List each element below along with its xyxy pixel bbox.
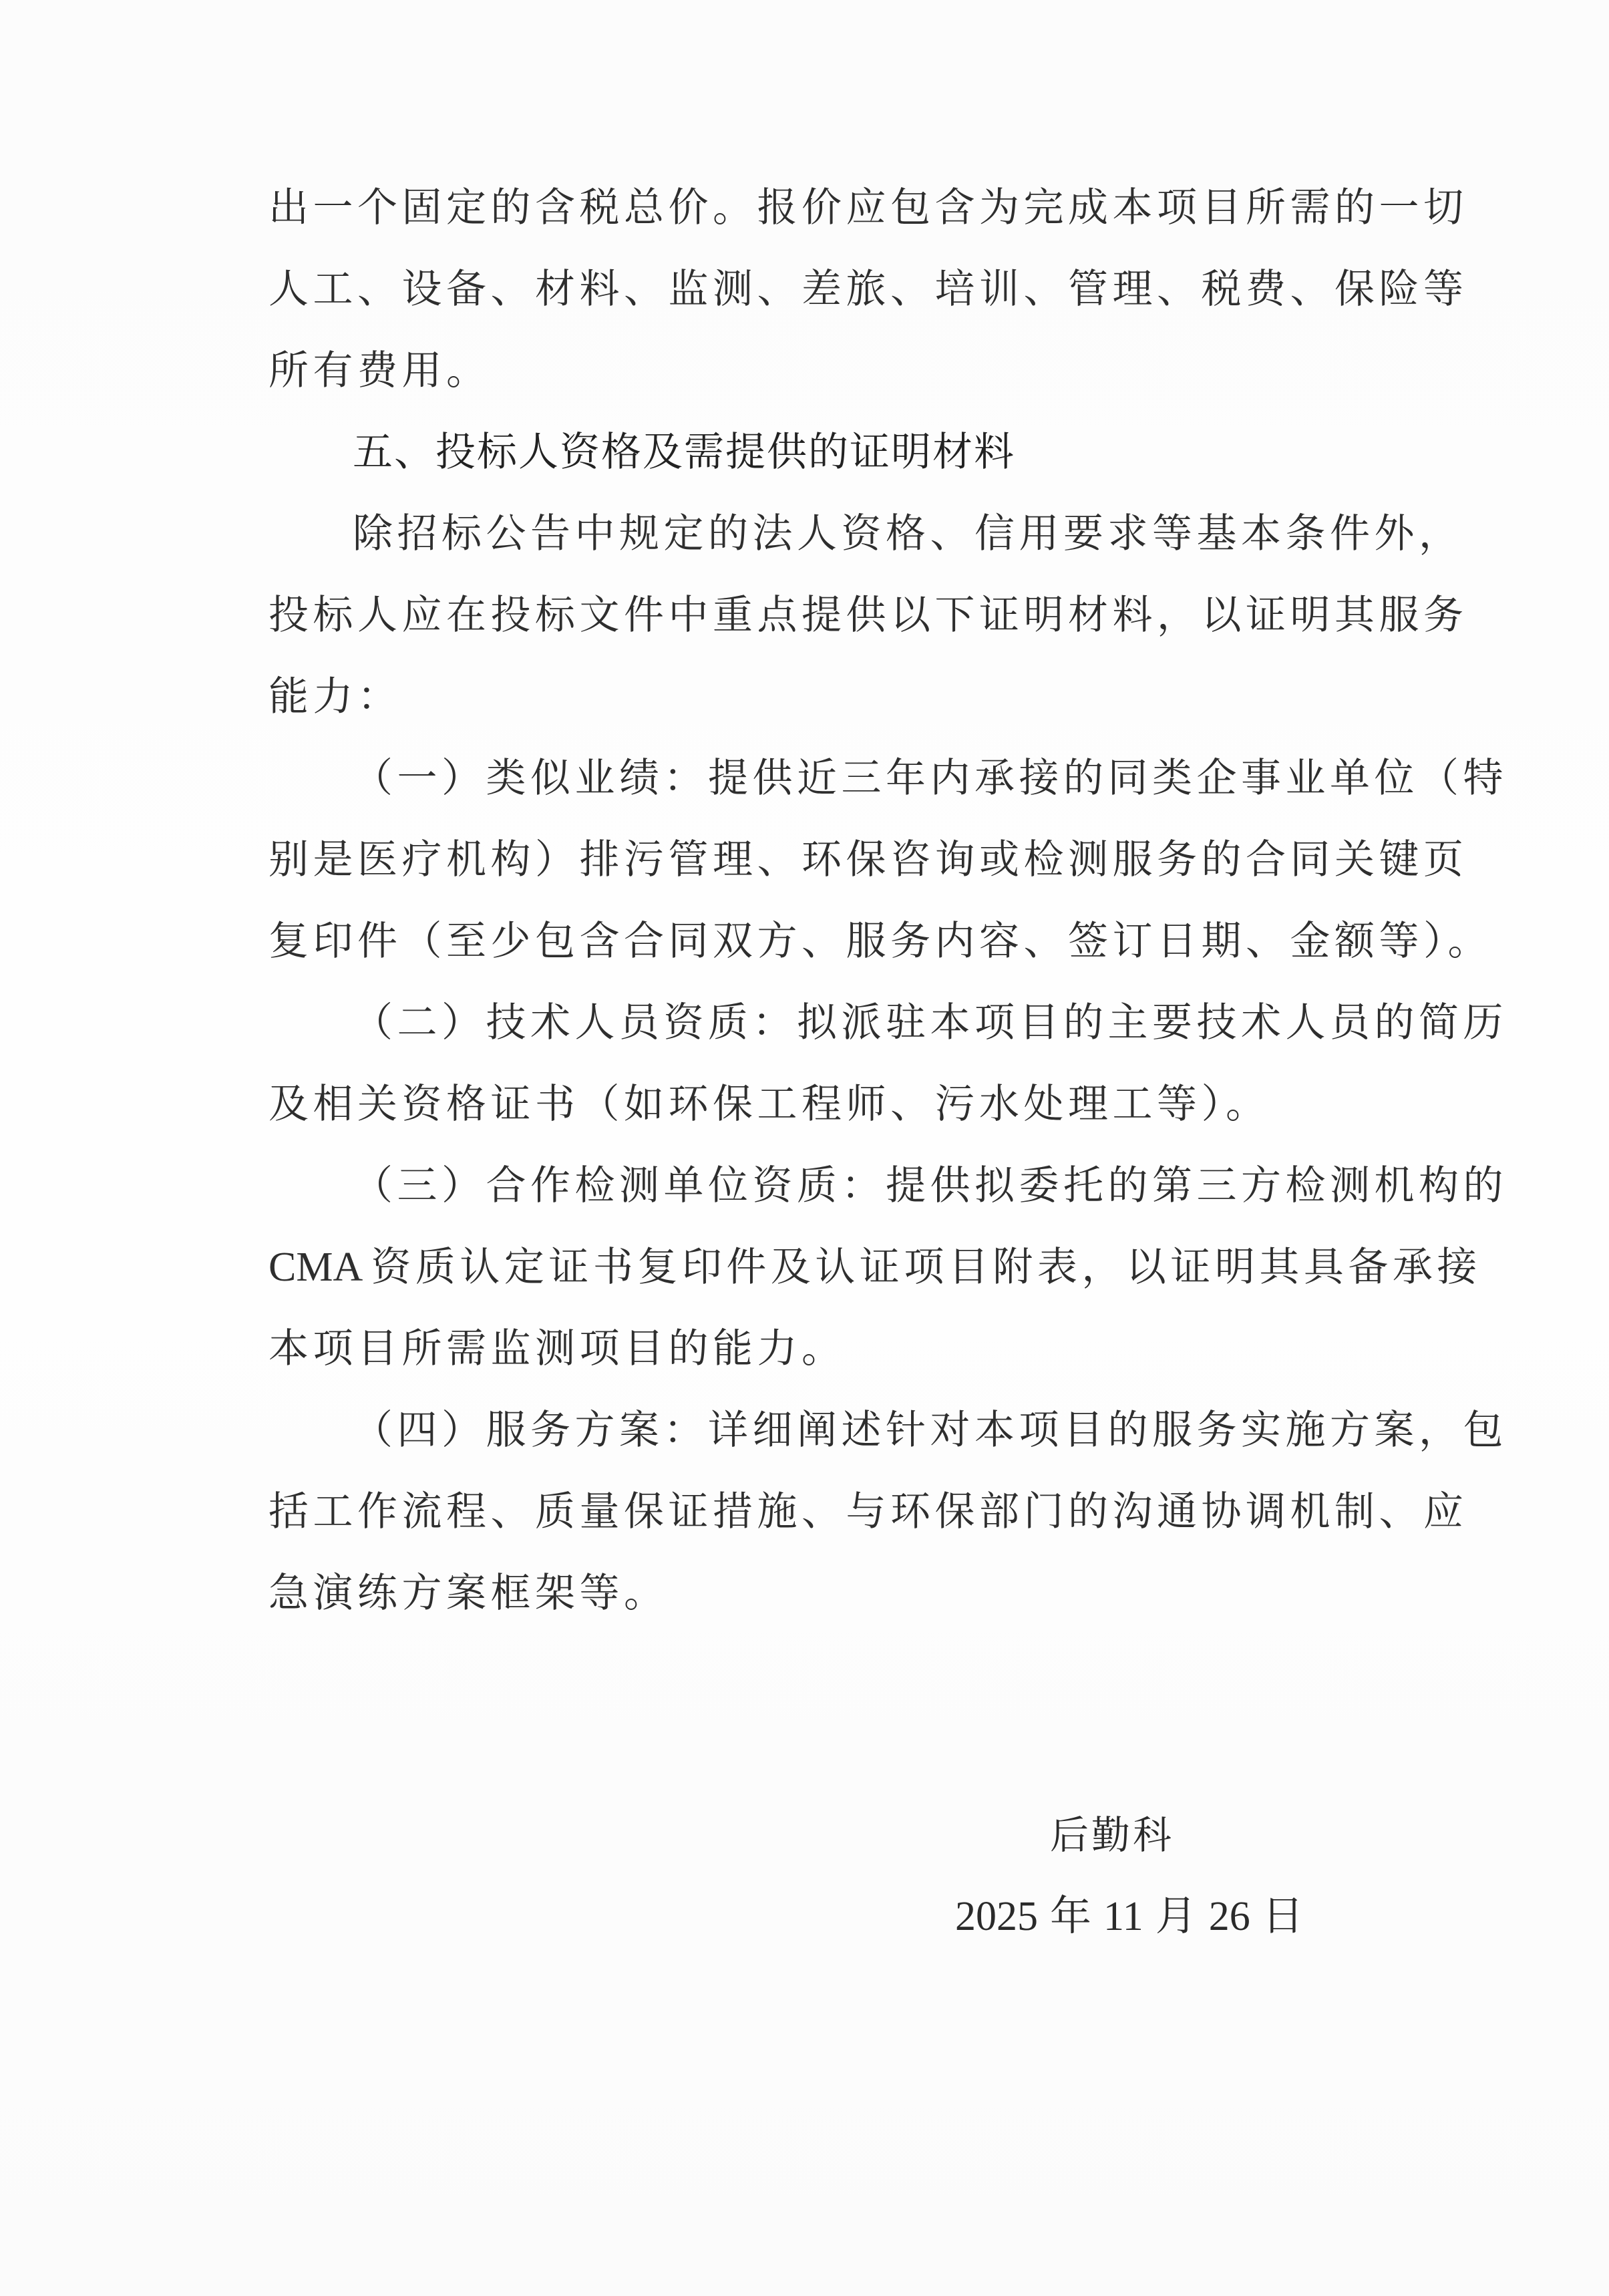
paragraph-item-4-service-plan: （四）服务方案：详细阐述针对本项目的服务实施方案，包 括工作流程、质量保证措施、… (269, 1389, 1417, 1634)
date-month: 11 (1103, 1894, 1143, 1939)
text-line: 本项目所需监测项目的能力。 (269, 1308, 1417, 1389)
paragraph-item-2-staff: （二）技术人员资质：拟派驻本项目的主要技术人员的简历 及相关资格证书（如环保工程… (269, 982, 1417, 1145)
paragraph-item-3-testing-lab: （三）合作检测单位资质：提供拟委托的第三方检测机构的 CMA 资质认定证书复印件… (269, 1145, 1417, 1389)
text-line: 复印件（至少包含合同双方、服务内容、签订日期、金额等）。 (269, 900, 1417, 982)
text-line-rest: 资质认定证书复印件及认证项目附表，以证明其具备承接 (371, 1244, 1481, 1291)
document-page: 出一个固定的含税总价。报价应包含为完成本项目所需的一切 人工、设备、材料、监测、… (0, 0, 1609, 2296)
text-line: 人工、设备、材料、监测、差旅、培训、管理、税费、保险等 (269, 249, 1417, 330)
text-line: 急演练方案框架等。 (269, 1552, 1417, 1634)
text-line: 除招标公告中规定的法人资格、信用要求等基本条件外， (269, 493, 1417, 575)
text-line: 能力： (269, 656, 1417, 737)
date-year: 2025 (955, 1894, 1038, 1939)
text-line: 所有费用。 (269, 330, 1417, 412)
document-body: 出一个固定的含税总价。报价应包含为完成本项目所需的一切 人工、设备、材料、监测、… (269, 167, 1417, 1634)
cma-term: CMA (269, 1245, 371, 1290)
text-line: 投标人应在投标文件中重点提供以下证明材料，以证明其服务 (269, 575, 1417, 656)
text-line: 及相关资格证书（如环保工程师、污水处理工等）。 (269, 1063, 1417, 1145)
date-day: 26 (1209, 1894, 1250, 1939)
paragraph-item-1-performance: （一）类似业绩：提供近三年内承接的同类企事业单位（特 别是医疗机构）排污管理、环… (269, 737, 1417, 982)
text-line: 别是医疗机构）排污管理、环保咨询或检测服务的合同关键页 (269, 819, 1417, 900)
text-line: CMA 资质认定证书复印件及认证项目附表，以证明其具备承接 (269, 1226, 1417, 1308)
text-line: （一）类似业绩：提供近三年内承接的同类企事业单位（特 (269, 737, 1417, 819)
date-day-unit: 日 (1262, 1894, 1304, 1939)
signature-date: 2025年11月26日 (955, 1882, 1316, 1942)
paragraph-pricing: 出一个固定的含税总价。报价应包含为完成本项目所需的一切 人工、设备、材料、监测、… (269, 167, 1417, 412)
text-line: 括工作流程、质量保证措施、与环保部门的沟通协调机制、应 (269, 1471, 1417, 1552)
text-line: 出一个固定的含税总价。报价应包含为完成本项目所需的一切 (269, 167, 1417, 249)
text-line: （三）合作检测单位资质：提供拟委托的第三方检测机构的 (269, 1145, 1417, 1226)
date-month-unit: 月 (1155, 1894, 1197, 1939)
section-heading: 五、投标人资格及需提供的证明材料 (269, 412, 1417, 493)
text-line: （二）技术人员资质：拟派驻本项目的主要技术人员的简历 (269, 982, 1417, 1063)
date-year-unit: 年 (1050, 1894, 1091, 1939)
signature-department: 后勤科 (1050, 1804, 1174, 1860)
text-line: （四）服务方案：详细阐述针对本项目的服务实施方案，包 (269, 1389, 1417, 1471)
paragraph-intro: 除招标公告中规定的法人资格、信用要求等基本条件外， 投标人应在投标文件中重点提供… (269, 493, 1417, 737)
